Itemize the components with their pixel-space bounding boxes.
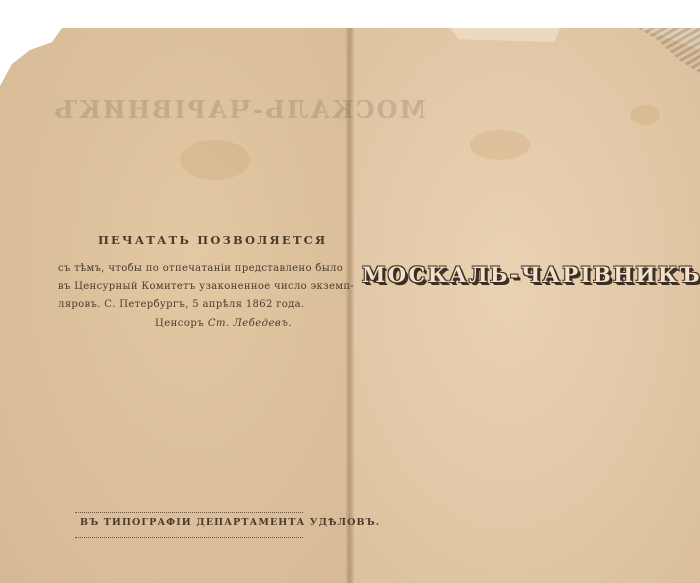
show-through-title: МОСКАЛЬ-ЧАРІВНИКЪ (52, 95, 426, 124)
paper-stain (630, 105, 660, 125)
censor-name: Ст. Лебедевъ. (208, 318, 292, 329)
permit-line: ляровъ. С. Петербургъ, 5 апрѣля 1862 год… (58, 296, 348, 314)
dotted-rule (75, 537, 303, 538)
censor-signature: Ценсоръ Ст. Лебедевъ. (155, 318, 292, 329)
censor-label: Ценсоръ (155, 318, 204, 329)
paper-stain (180, 140, 250, 180)
printer-imprint: ВЪ ТИПОГРАФІИ ДЕПАРТАМЕНТА УДѢЛОВЪ. (80, 517, 380, 528)
paper-stain (470, 130, 530, 160)
permit-line: въ Ценсурный Комитетъ узаконенное число … (58, 278, 348, 296)
permit-text: съ тѣмъ, чтобы по отпечатанiи представле… (58, 260, 348, 314)
book-title: МОСКАЛЬ-ЧАРІВНИКЪ (362, 262, 700, 287)
book-spread: МОСКАЛЬ-ЧАРІВНИКЪ ПЕЧАТАТЬ ПОЗВОЛЯЕТСЯ с… (0, 0, 700, 583)
permit-heading: ПЕЧАТАТЬ ПОЗВОЛЯЕТСЯ (98, 233, 327, 247)
dotted-rule (75, 512, 303, 513)
permit-line: съ тѣмъ, чтобы по отпечатанiи представле… (58, 260, 348, 278)
